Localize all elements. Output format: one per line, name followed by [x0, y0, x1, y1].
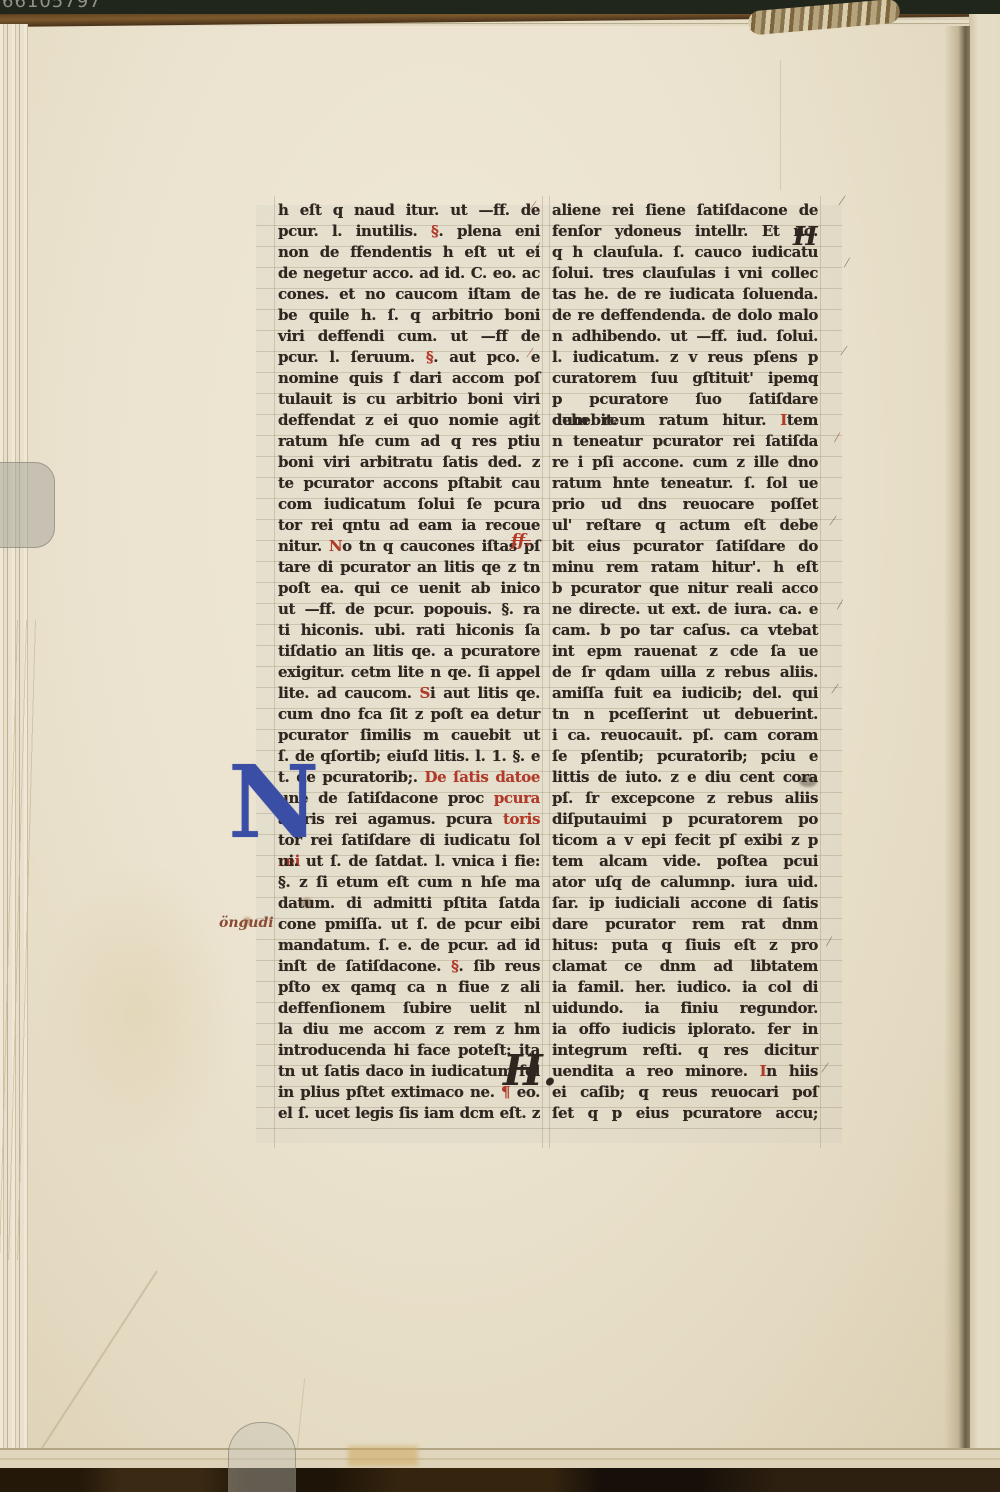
text-column-right: aliene rei ſiene ſatiſdacone defenſor yd… — [552, 200, 818, 1124]
vertical-rule — [820, 196, 821, 1148]
parchment-stain — [40, 860, 240, 1160]
text-line: tn n pceſſerint ut debuerint. — [552, 704, 818, 725]
text-line: ei caſib; q reus reuocari poſ — [552, 1082, 818, 1103]
text-line: lite. ad caucom. Si aut litis qe. — [278, 683, 540, 704]
bottom-holding-tab — [228, 1422, 296, 1492]
text-line: pſ. ſr excepcone z rebus aliis — [552, 788, 818, 809]
vertical-rule — [549, 196, 550, 1148]
marginal-note: öngudi — [219, 915, 274, 931]
text-line: deffenſionem ſubire uelit nl — [278, 998, 540, 1019]
text-line: com iudicatum ſolui ſe pcura — [278, 494, 540, 515]
text-line: tor rei qntu ad eam ia recoue — [278, 515, 540, 536]
text-line: diſputauimi p pcuratorem po — [552, 809, 818, 830]
text-line: deffendat z ei quo nomie agit — [278, 410, 540, 431]
text-line: h eſt q naud itur. ut —ff. de — [278, 200, 540, 221]
text-line: pcur. l. inutilis. §. plena eni — [278, 221, 540, 242]
text-line: l. iudicatum. z v reus pſens p — [552, 347, 818, 368]
flourished-h-mark: H. — [503, 1046, 557, 1095]
text-line: curatorem ſuu gſtituit' ipemq — [552, 368, 818, 389]
gutter-shadow — [944, 26, 970, 1454]
text-line: ti hiconis. ubi. rati hiconis ſa — [278, 620, 540, 641]
text-line: ratum hſe cum ad q res ptiu — [278, 431, 540, 452]
text-line: ator uſq de calumnp. iura uid. — [552, 872, 818, 893]
text-line: ia famil. her. iudico. ia col di — [552, 977, 818, 998]
text-line: cones. et no caucom iſtam de — [278, 284, 540, 305]
text-line: ul' reſtare q actum eſt debe — [552, 515, 818, 536]
text-line: ſe pſentib; pcuratorib; pciu e — [552, 746, 818, 767]
text-line: minu rem ratam hitur'. h eſt — [552, 557, 818, 578]
text-line: ſet q p eius pcuratore accu; — [552, 1103, 818, 1124]
text-line: exigitur. cetm lite n qe. ſi appel — [278, 662, 540, 683]
vertical-rule — [274, 196, 275, 1148]
text-line: boni viri arbitratu ſatis ded. z — [278, 452, 540, 473]
text-line: ia offo iudicis iplorato. fer in — [552, 1019, 818, 1040]
text-line: la diu me accom z rem z hm — [278, 1019, 540, 1040]
text-line: de negetur acco. ad id. C. eo. ac — [278, 263, 540, 284]
text-line: dare pcurator rem rat dnm — [552, 914, 818, 935]
text-line: nitur. No tn q caucones iſtas pſ — [278, 536, 540, 557]
text-line: inſt de ſatiſdacone. §. ſib reus — [278, 956, 540, 977]
marginal-ff-citation: ff. — [511, 531, 531, 551]
text-column-left: h eſt q naud itur. ut —ff. depcur. l. in… — [278, 200, 540, 1124]
text-line: cam. b po tar caſus. ca vtebat — [552, 620, 818, 641]
text-line: q h clauſula. ſ. cauco iudicatu — [552, 242, 818, 263]
text-line: viri deffendi cum. ut —ff de — [278, 326, 540, 347]
text-line: tn ut ſatis daco in iudicatum ſol — [278, 1061, 540, 1082]
text-line: ut —ff. de pcur. popouis. §. ra — [278, 599, 540, 620]
text-line: tare di pcurator an litis qe z tn — [278, 557, 540, 578]
text-line: n adhibendo. ut —ff. iud. ſolui. — [552, 326, 818, 347]
text-line: cone pmiſſa. ut ſ. de pcur eibi — [278, 914, 540, 935]
left-holding-tab — [0, 462, 55, 548]
text-line: b pcurator que nitur reali acco — [552, 578, 818, 599]
parchment-crease — [780, 60, 781, 190]
text-line: p pcuratore ſuo ſatiſdare debebit. — [552, 389, 818, 410]
illuminated-initial: N — [228, 756, 319, 848]
text-line: ratum hnte teneatur. ſ. ſol ue — [552, 473, 818, 494]
text-line: non de ffendentis h eſt ut ei — [278, 242, 540, 263]
facing-page-edge — [969, 8, 1000, 1470]
text-line: introducenda hi face poteſt: ita — [278, 1040, 540, 1061]
text-line: tem alcam vide. poſtea pcui — [552, 851, 818, 872]
vertical-rule — [542, 196, 543, 1148]
edge-stain — [348, 1446, 418, 1466]
text-line: bit eius pcurator ſatiſdare do — [552, 536, 818, 557]
text-line: tas he. de re iudicata ſoluenda. — [552, 284, 818, 305]
text-line: pſto ex qamq ca n fiue z ali — [278, 977, 540, 998]
text-line: el ſ. ucet legis ſis iam dcm eſt. z — [278, 1103, 540, 1124]
text-line: i ca. reuocauit. pſ. cam coram — [552, 725, 818, 746]
text-line: §. z ſi etum eſt cum n hſe ma — [278, 872, 540, 893]
text-line: tulauit is cu arbitrio boni viri — [278, 389, 540, 410]
text-line: cum dno fca ſit z poſt ea detur — [278, 704, 540, 725]
text-line: te pcurator accons pſtabit cau — [278, 473, 540, 494]
text-line: int epm rauenat z cde ſa ue — [552, 641, 818, 662]
text-line: prio ud dns reuocare poſſet — [552, 494, 818, 515]
text-line: uidundo. ia finiu regundor. — [552, 998, 818, 1019]
text-line: datum. di admitti pſtita ſatda — [278, 893, 540, 914]
text-line: de ſr qdam uilla z rebus aliis. — [552, 662, 818, 683]
text-line: ticom a v epi fecit pſ exibi z p — [552, 830, 818, 851]
binding-bottom — [0, 1468, 1000, 1492]
text-line: nomine quis ſ dari accom poſ — [278, 368, 540, 389]
text-line: hitus: puta q ſiuis eſt z pro — [552, 935, 818, 956]
text-line: de re deffendenda. de dolo malo — [552, 305, 818, 326]
lower-page-edges — [0, 1448, 1000, 1470]
text-line: ſolui. tres clauſulas i vni collec — [552, 263, 818, 284]
shelfmark-number: 66105797 — [2, 0, 102, 12]
text-line: clamat ce dnm ad libtatem — [552, 956, 818, 977]
text-line: littis de iuto. z e diu cent cora — [552, 767, 818, 788]
text-line: uendita a reo minore. In hiis — [552, 1061, 818, 1082]
text-line: in plius pſtet extimaco ne. ¶ eo. — [278, 1082, 540, 1103]
text-line: mandatum. ſ. e. de pcur. ad id — [278, 935, 540, 956]
text-line: re i pſi accone. cum z ille dno — [552, 452, 818, 473]
text-line: aliene rei ſiene ſatiſdacone de — [552, 200, 818, 221]
text-line: fenſor ydoneus intellr. Et no. — [552, 221, 818, 242]
text-line: be quile h. ſ. q arbitrio boni — [278, 305, 540, 326]
text-line: integrum reſti. q res dicitur — [552, 1040, 818, 1061]
text-line: n teneatur pcurator rei ſatiſda — [552, 431, 818, 452]
text-line: ne directe. ut ext. de iura. ca. e — [552, 599, 818, 620]
text-line: poſt ea. qui ce uenit ab inico — [278, 578, 540, 599]
marginal-h-mark: H — [793, 222, 818, 252]
text-line: tiſdatio an litis qe. a pcuratore — [278, 641, 540, 662]
text-line: dum reum ratum hitur. Item — [552, 410, 818, 431]
text-line: ſar. ip iudiciali accone di ſatis — [552, 893, 818, 914]
text-line: pcur. l. ſeruum. §. aut pco. e — [278, 347, 540, 368]
manuscript-photo: 66105797 h eſt q naud itur. ut —ff. depc… — [0, 0, 1000, 1492]
text-line: amiſſa fuit ea iudicib; del. qui — [552, 683, 818, 704]
